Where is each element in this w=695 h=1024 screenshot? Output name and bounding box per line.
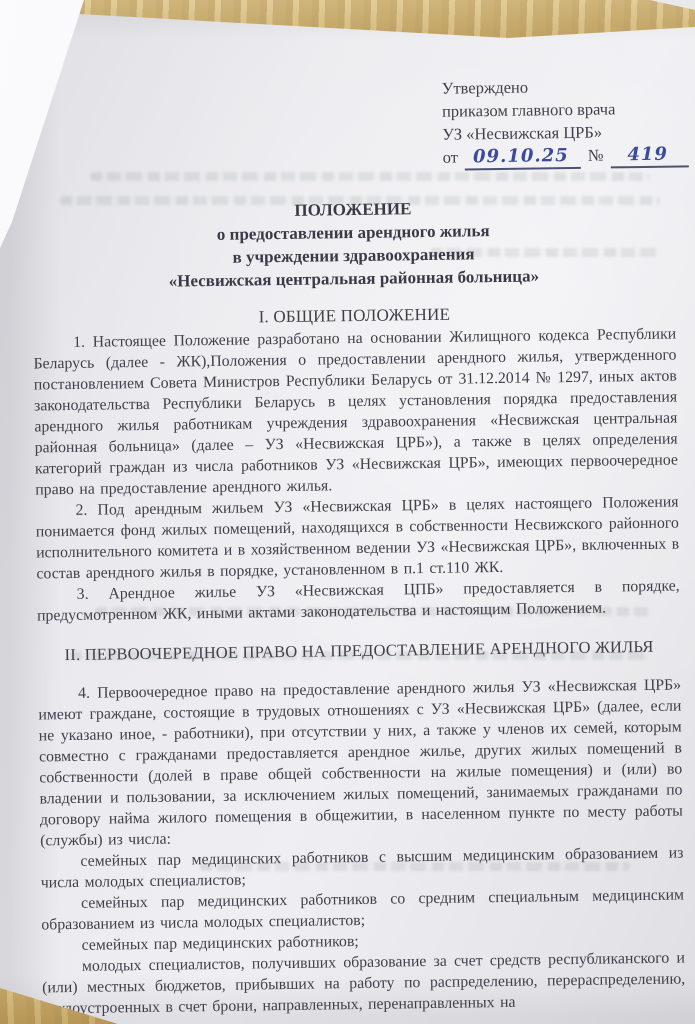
paragraph-2: 2. Под арендным жильем УЗ «Несвижская ЦР… xyxy=(35,492,679,585)
document-content: Утверждено приказом главного врача УЗ «Н… xyxy=(29,60,685,1020)
paragraph-4: 4. Первоочередное право на предоставлени… xyxy=(38,674,683,851)
list-item-4: молодых специалистов, получивших образов… xyxy=(42,947,686,1019)
paragraph-3: 3. Арендное жилье УЗ «Несвижская ЦПБ» пр… xyxy=(37,576,681,627)
approval-line: УЗ «Несвижская ЦРБ» xyxy=(442,119,678,145)
date-prefix-label: от xyxy=(443,148,459,167)
photo-of-document: Утверждено приказом главного врача УЗ «Н… xyxy=(0,0,695,1024)
document-page: Утверждено приказом главного врача УЗ «Н… xyxy=(0,0,695,1024)
approval-line: приказом главного врача xyxy=(442,96,678,122)
handwritten-number: 419 xyxy=(611,144,689,168)
paragraph-1: 1. Настоящее Положение разработано на ос… xyxy=(33,324,678,501)
approval-date-number-line: от 09.10.25 № 419 xyxy=(443,142,679,170)
handwritten-date: 09.10.25 xyxy=(465,146,581,171)
document-title: ПОЛОЖЕНИЕ о предоставлении арендного жил… xyxy=(31,194,675,295)
number-sign-label: № xyxy=(588,146,604,165)
approval-line: Утверждено xyxy=(442,73,678,99)
approval-block: Утверждено приказом главного врача УЗ «Н… xyxy=(442,73,679,170)
section-2-heading: II. ПЕРВООЧЕРЕДНОЕ ПРАВО НА ПРЕДОСТАВЛЕН… xyxy=(37,636,680,667)
